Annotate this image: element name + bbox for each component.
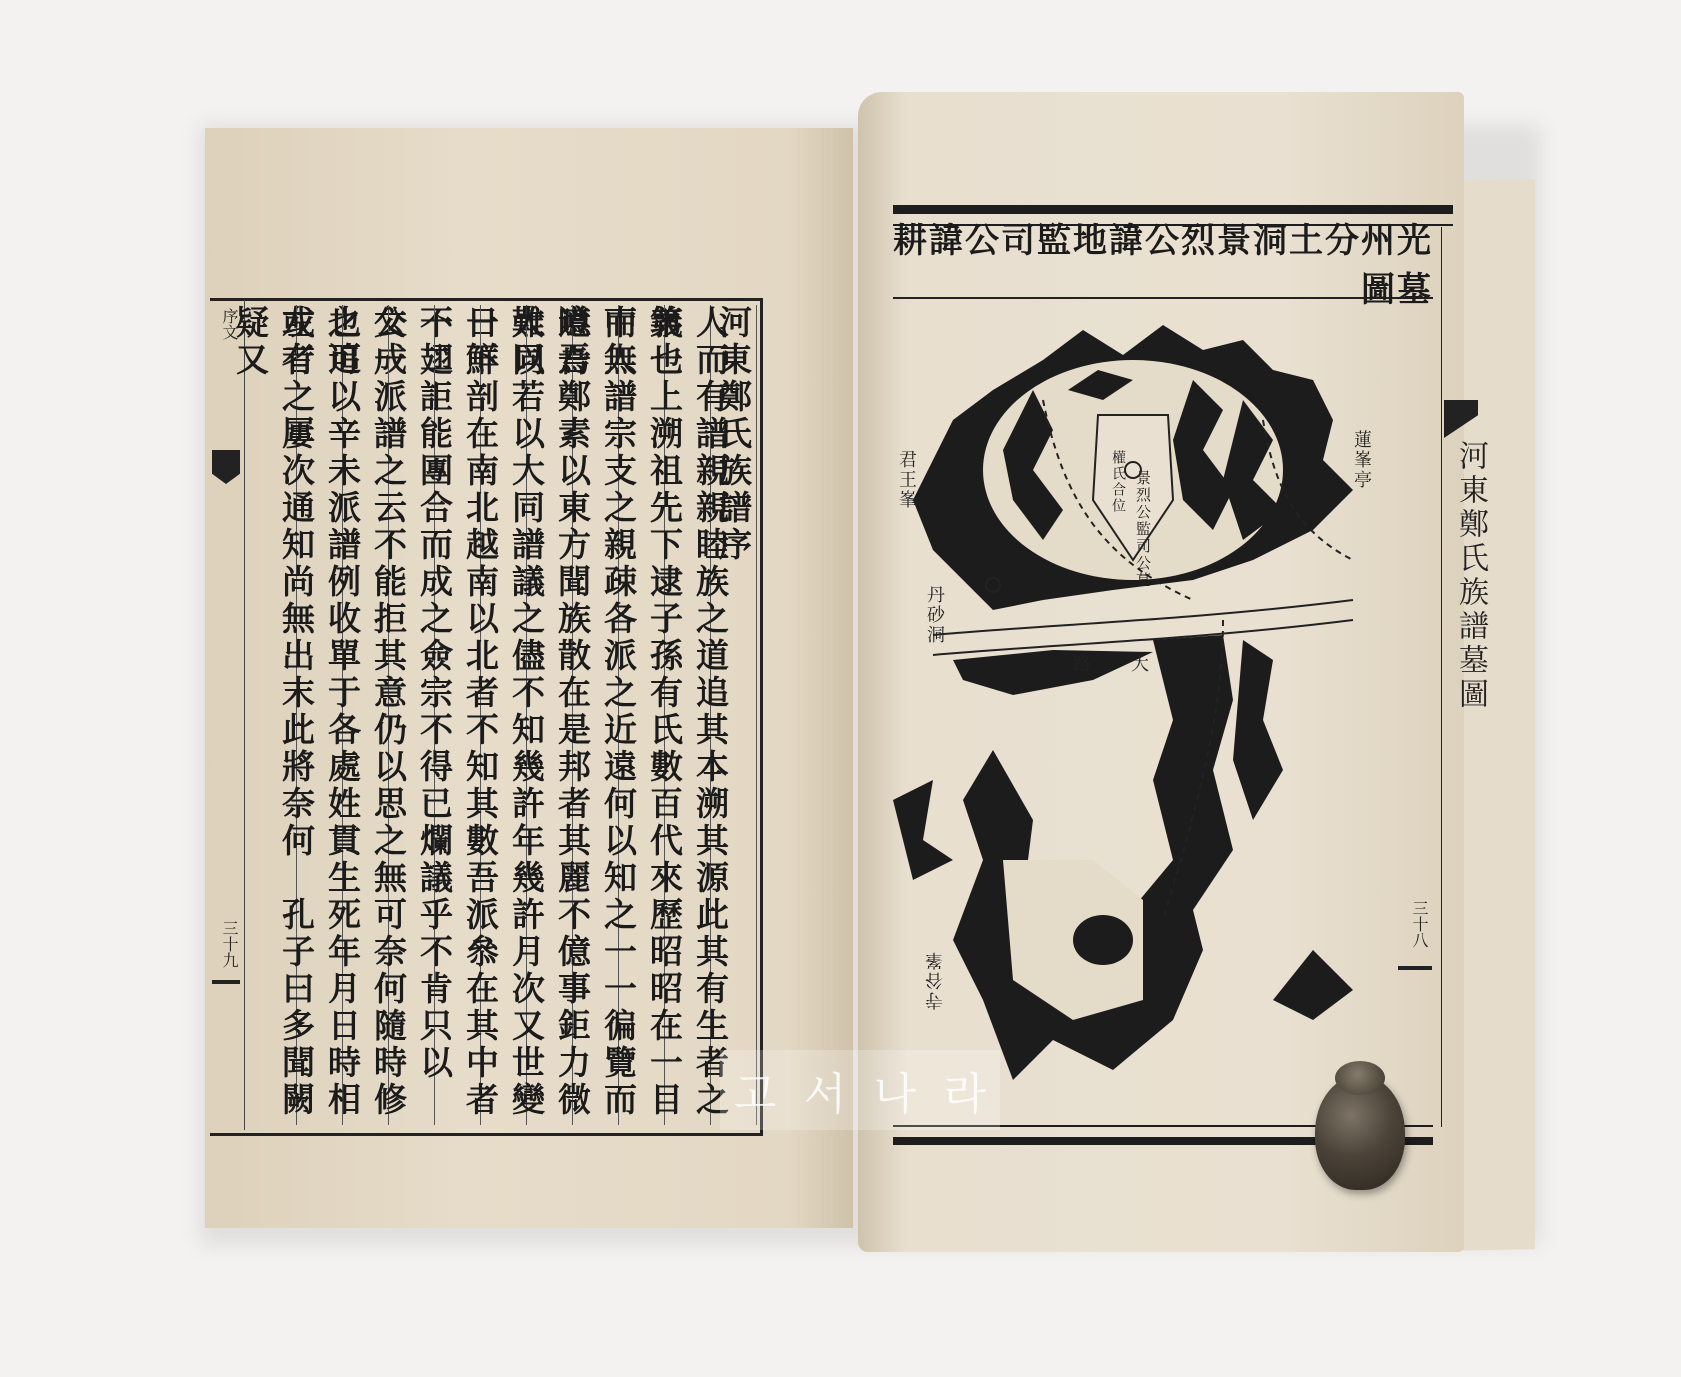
watermark-char: 라 — [944, 1058, 987, 1122]
map-title-bar: 光州分土洞景烈公諱地監司公諱耕墓圖 — [893, 227, 1433, 299]
map-label-mountain: 君王峯 — [893, 450, 919, 510]
watermark-char: 서 — [804, 1058, 847, 1122]
tomb-inscription: 景烈公監司公墓 — [1133, 470, 1153, 600]
map-label-road: 大路 — [1073, 650, 1189, 676]
paperweight — [1315, 1075, 1405, 1190]
right-margin-title: 河東鄭氏族譜墓圖 — [1448, 440, 1488, 870]
map-label-village: 丹砂洞 — [921, 585, 947, 645]
right-page-number: 三十八 — [1408, 900, 1431, 948]
watermark: 고 서 나 라 — [720, 1050, 1000, 1130]
book-title-margin: 河東鄭氏族譜墓圖 — [1448, 440, 1492, 712]
right-border — [1441, 227, 1442, 1127]
watermark-char: 고 — [734, 1058, 777, 1122]
map-label-pavilion: 蓮峯亭 — [1348, 430, 1374, 490]
page-number-rule — [1398, 966, 1432, 970]
text-column: 或有之屢次通知尚無出末此將奈何 孔子曰多聞闕疑又 — [250, 305, 297, 1125]
tomb-map: 景烈公監司公墓 權氏合位 君王峯 丹砂洞 蓮峯亭 大路 寺谷峯 — [893, 300, 1433, 1120]
map-title: 光州分土洞景烈公諱地監司公諱耕墓圖 — [893, 213, 1433, 311]
map-label-bottom: 寺谷峯 — [923, 950, 949, 1010]
mountain-map-illustration — [893, 300, 1433, 1120]
tomb-inscription-secondary: 權氏合位 — [1108, 450, 1128, 540]
watermark-char: 나 — [874, 1058, 917, 1122]
text-column-content: 或有之屢次通知尚無出末此將奈何 孔子曰多聞闕疑又 — [227, 305, 319, 1125]
